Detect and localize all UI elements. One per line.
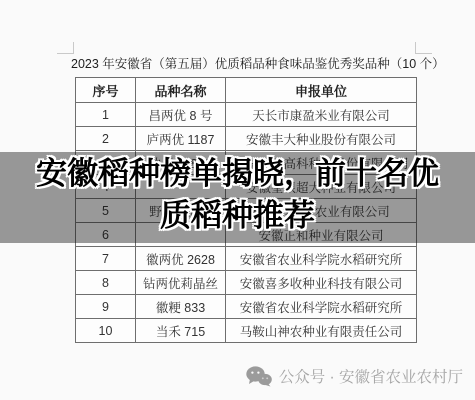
- column-header: 序号: [76, 78, 136, 103]
- table-row: 7徽两优 2628安徽省农业科学院水稻研究所: [76, 247, 417, 271]
- reporting-unit: 安徽省农业科学院水稻研究所: [226, 295, 417, 319]
- table-row: 2庐两优 1187安徽丰大种业股份有限公司: [76, 127, 417, 151]
- document-title: 2023 年安徽省（第五届）优质稻品种食味品鉴优秀奖品种（10 个）: [71, 54, 471, 72]
- table-row: 10当禾 715马鞍山神农种业有限责任公司: [76, 319, 417, 343]
- table-row: 8钻两优莉晶丝安徽喜多收种业科技有限公司: [76, 271, 417, 295]
- row-index: 7: [76, 247, 136, 271]
- variety-name: 庐两优 1187: [136, 127, 226, 151]
- row-index: 9: [76, 295, 136, 319]
- variety-name: 当禾 715: [136, 319, 226, 343]
- table-row: 9徽粳 833安徽省农业科学院水稻研究所: [76, 295, 417, 319]
- row-index: 2: [76, 127, 136, 151]
- wechat-icon: [246, 366, 272, 387]
- footer-source-label: 公众号 · 安徽省农业农村厅: [279, 365, 463, 387]
- page-corner-mark-top-right: [415, 42, 432, 54]
- headline-line-1: 安徽稻种榜单揭晓，前十名优: [0, 153, 475, 195]
- table-row: 1昌两优 8 号天长市康盈米业有限公司: [76, 103, 417, 127]
- row-index: 8: [76, 271, 136, 295]
- row-index: 10: [76, 319, 136, 343]
- headline-line-2: 质稻种推荐: [0, 195, 475, 237]
- variety-name: 昌两优 8 号: [136, 103, 226, 127]
- variety-name: 钻两优莉晶丝: [136, 271, 226, 295]
- column-header: 品种名称: [136, 78, 226, 103]
- reporting-unit: 安徽省农业科学院水稻研究所: [226, 247, 417, 271]
- row-index: 1: [76, 103, 136, 127]
- table-header-row: 序号品种名称申报单位: [76, 78, 417, 103]
- reporting-unit: 安徽喜多收种业科技有限公司: [226, 271, 417, 295]
- column-header: 申报单位: [226, 78, 417, 103]
- page-corner-mark-top-left: [57, 42, 74, 54]
- variety-name: 徽两优 2628: [136, 247, 226, 271]
- headline: 安徽稻种榜单揭晓，前十名优 质稻种推荐: [0, 153, 475, 237]
- footer-source: 公众号 · 安徽省农业农村厅: [246, 365, 463, 387]
- reporting-unit: 天长市康盈米业有限公司: [226, 103, 417, 127]
- reporting-unit: 安徽丰大种业股份有限公司: [226, 127, 417, 151]
- reporting-unit: 马鞍山神农种业有限责任公司: [226, 319, 417, 343]
- variety-name: 徽粳 833: [136, 295, 226, 319]
